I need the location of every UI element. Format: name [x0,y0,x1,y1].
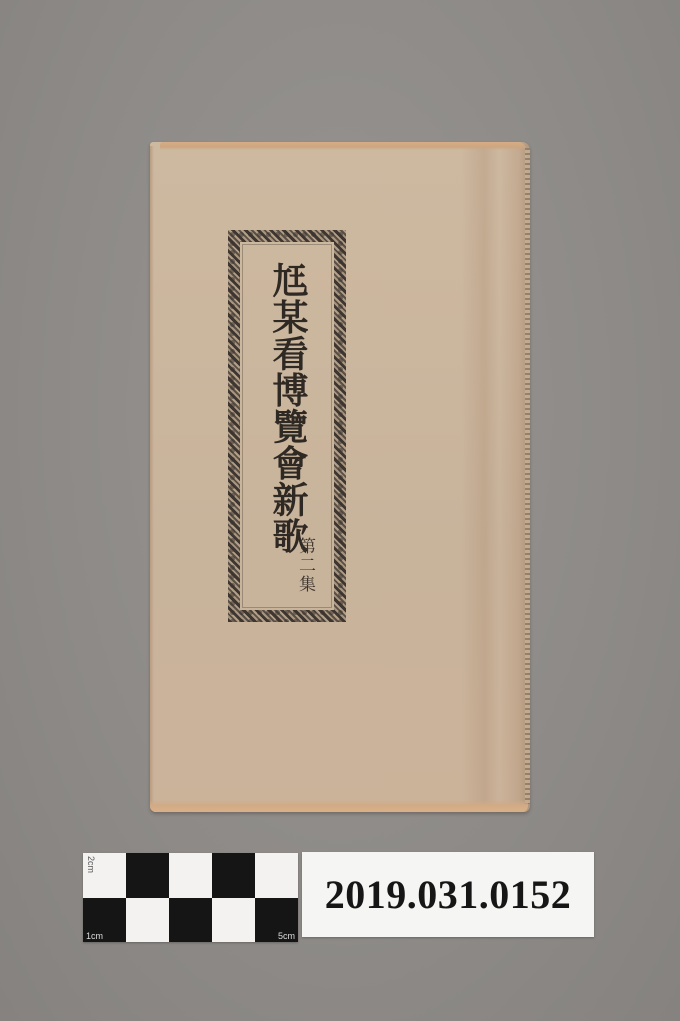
booklet-left-edge [150,146,154,806]
booklet-volume-subtitle: 第二集 [296,537,313,594]
accession-number-card: 2019.031.0152 [302,852,594,937]
scale-bar: 2cm 1cm 5cm [83,853,298,942]
booklet-bottom-edge [150,800,528,812]
scale-label-5cm: 5cm [278,931,295,941]
scale-label-1cm: 1cm [86,931,103,941]
scale-cell [212,853,255,898]
booklet-cover: 尪某看博覽會新歌 第二集 [150,142,530,812]
scale-cell [169,898,212,943]
scale-cell [255,853,298,898]
scale-cell [169,853,212,898]
ornamental-title-frame: 尪某看博覽會新歌 第二集 [228,230,346,622]
scale-cell [126,853,169,898]
booklet-top-edge [160,142,526,150]
accession-number: 2019.031.0152 [325,871,572,918]
scale-label-2cm: 2cm [86,856,96,873]
booklet-title: 尪某看博覽會新歌 [270,262,306,554]
scale-cell [126,898,169,943]
booklet-spine-stitching [525,148,530,804]
scale-cell [212,898,255,943]
